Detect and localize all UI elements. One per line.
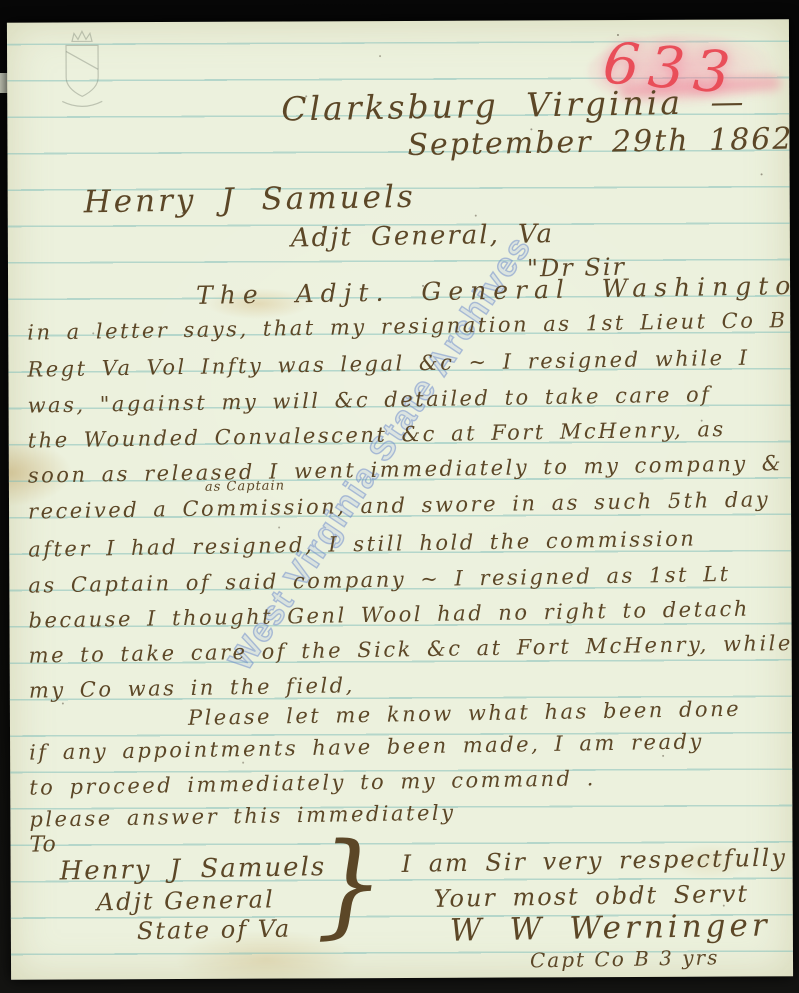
address-title: Adjt General	[97, 885, 275, 916]
address-to: To	[29, 832, 56, 857]
address-brace: }	[311, 818, 387, 951]
recipient-title: Adjt General, Va	[291, 219, 555, 253]
paper-speckles	[7, 23, 9, 25]
dateline-place: Clarksburg Virginia —	[281, 82, 747, 129]
letter-paper: 633 West Virginia State Archives Clarksb…	[7, 19, 793, 979]
embossed-seal	[51, 28, 113, 114]
signature-name: W W Werninger	[450, 907, 771, 948]
address-name: Henry J Samuels	[59, 852, 326, 886]
scan-backdrop: { "archive": { "catalog_number": "633", …	[0, 0, 799, 993]
recipient-name: Henry J Samuels	[83, 179, 416, 221]
dateline-date: September 29th 1862	[407, 122, 794, 163]
address-state: State of Va	[137, 915, 292, 946]
interline-insertion: as Captain	[205, 479, 285, 495]
signature-rank: Capt Co B 3 yrs	[530, 945, 720, 972]
